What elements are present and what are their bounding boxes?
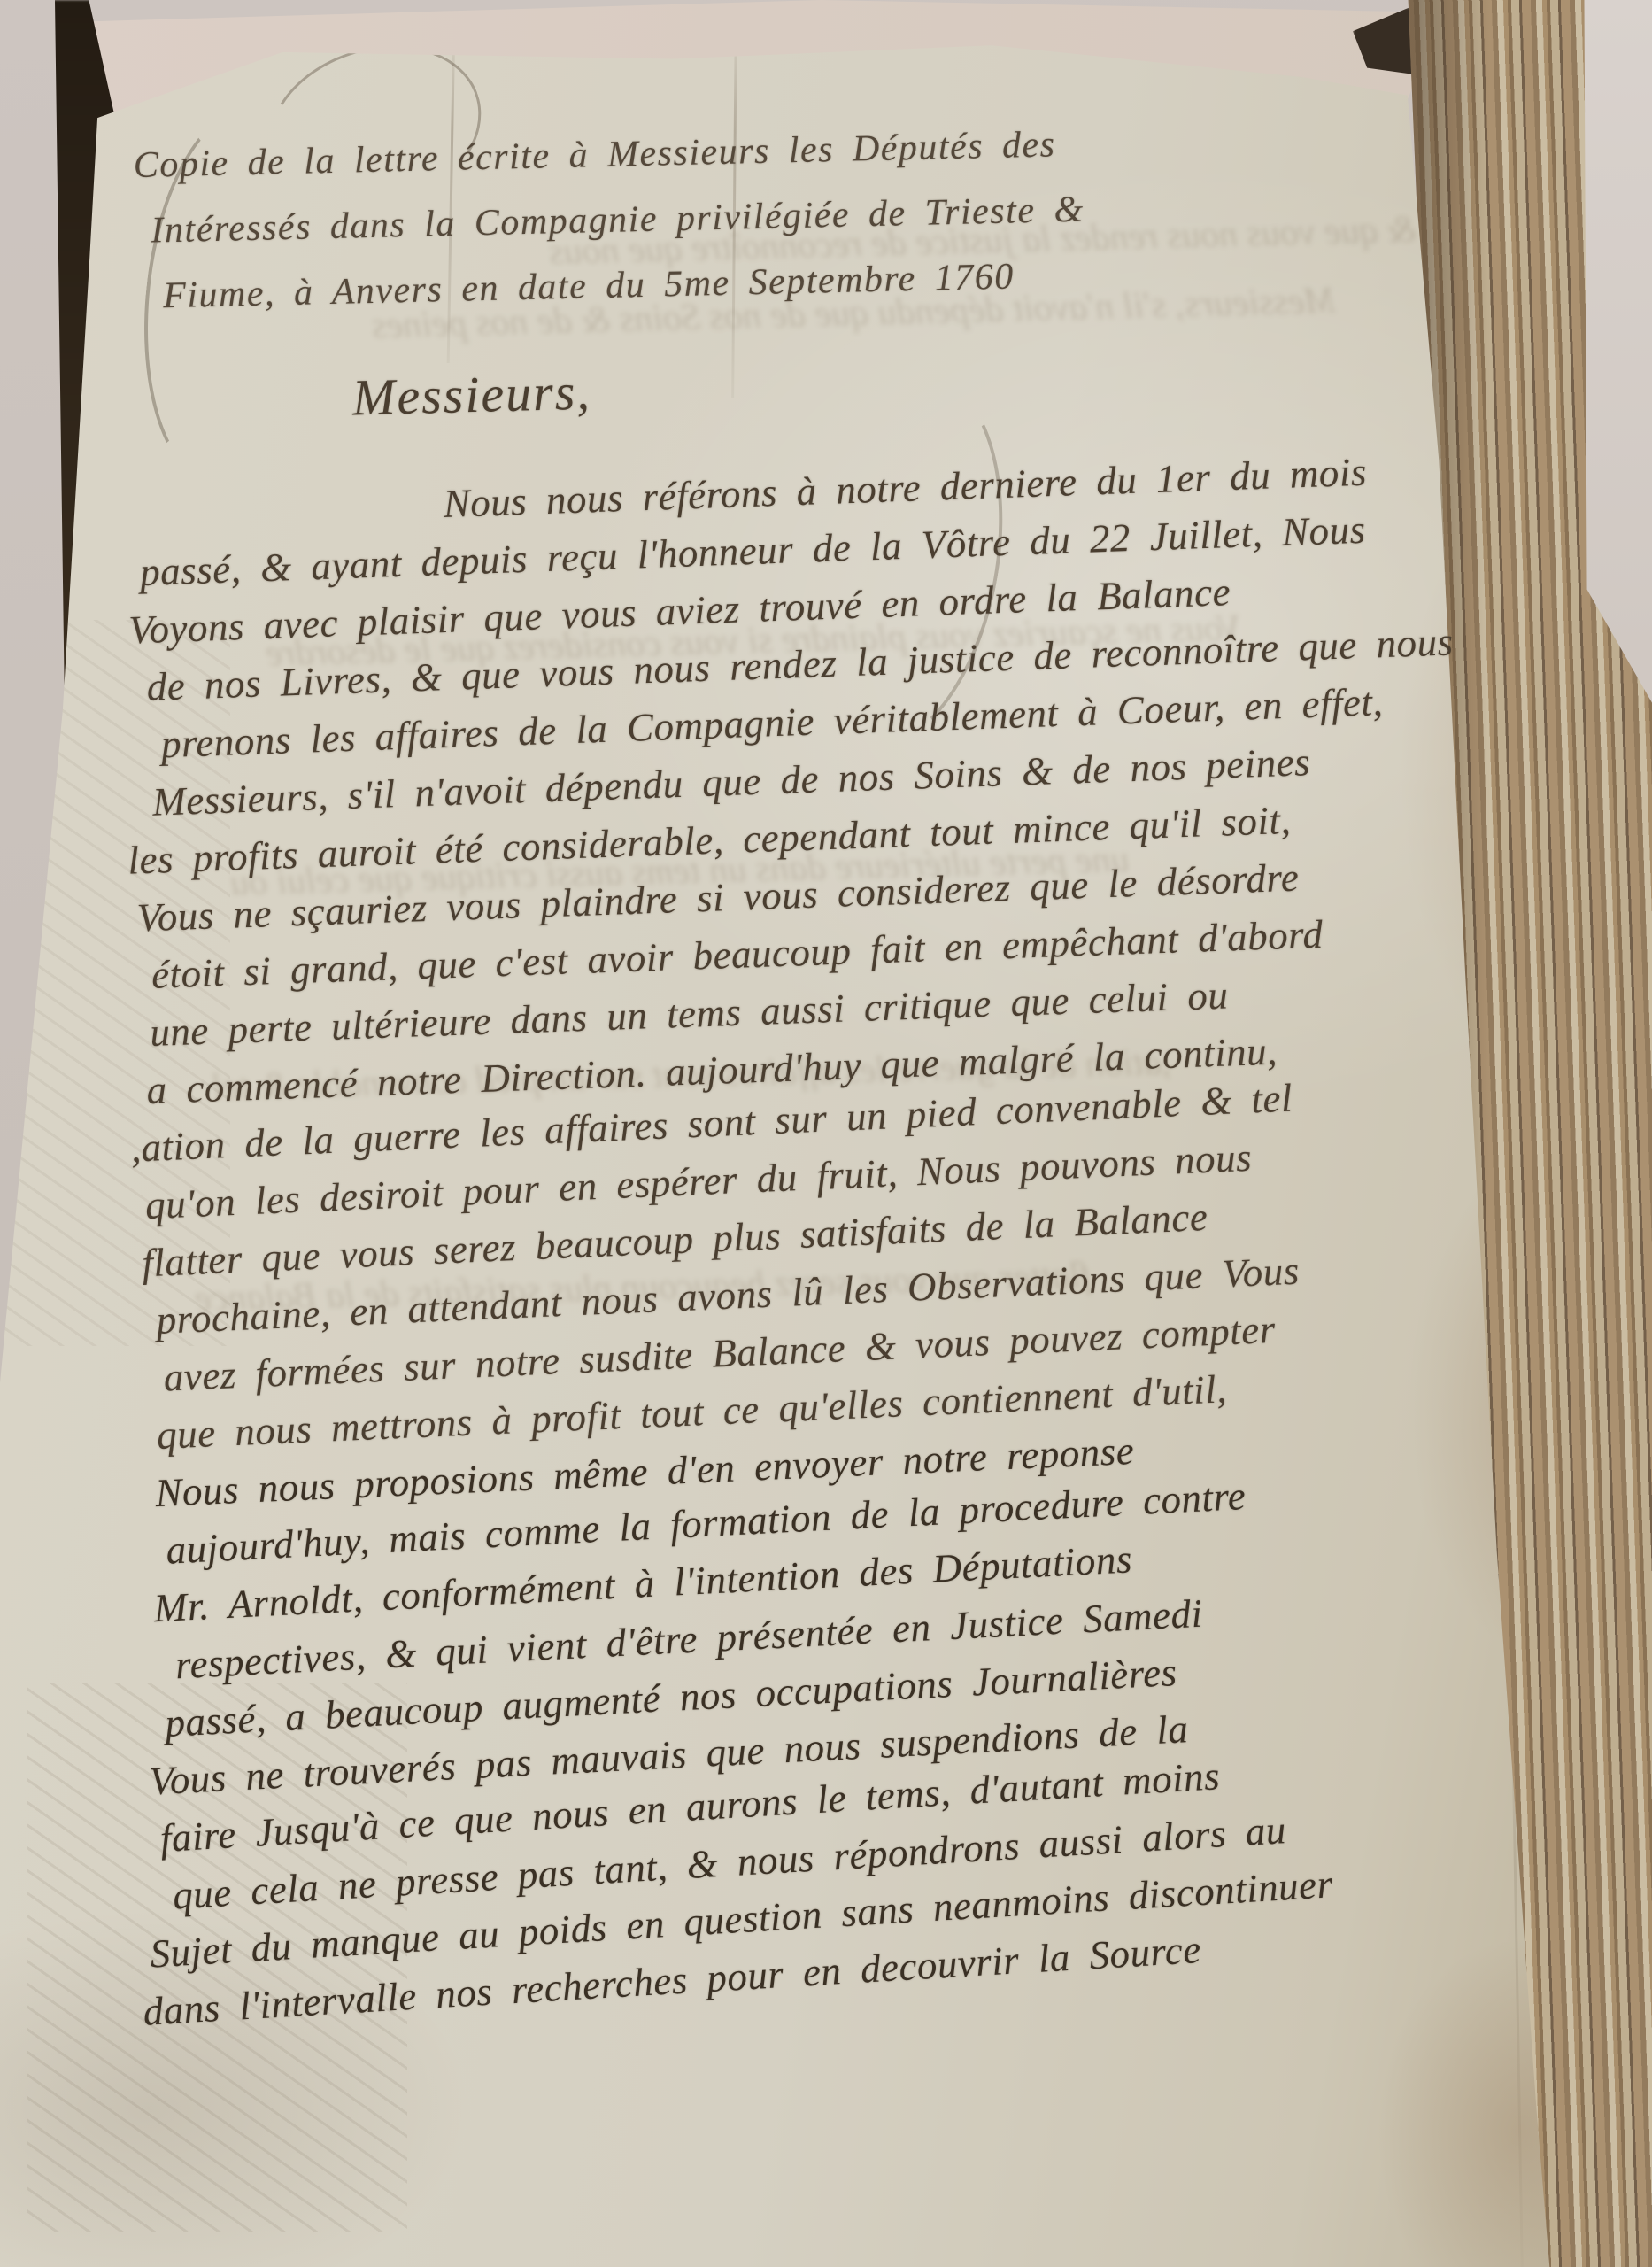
- letter-heading: Copie de la lettre écrite à Messieurs le…: [133, 105, 1359, 329]
- letter-body: Nous nous référons à notre derniere du 1…: [115, 445, 1514, 2046]
- salutation: Messieurs,: [351, 361, 591, 427]
- photograph-of-manuscript: { "palette":{"paper":"#d6d1c3","ink":"#4…: [0, 0, 1652, 2267]
